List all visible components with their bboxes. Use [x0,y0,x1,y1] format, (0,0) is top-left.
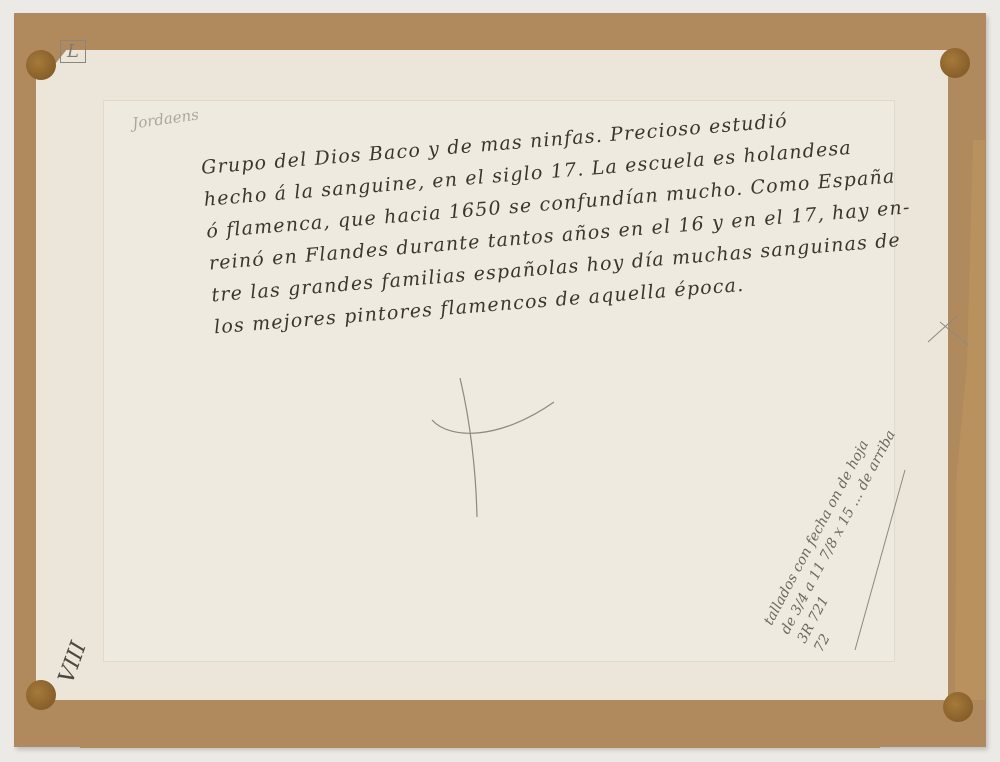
corner-mark: L [60,40,86,63]
